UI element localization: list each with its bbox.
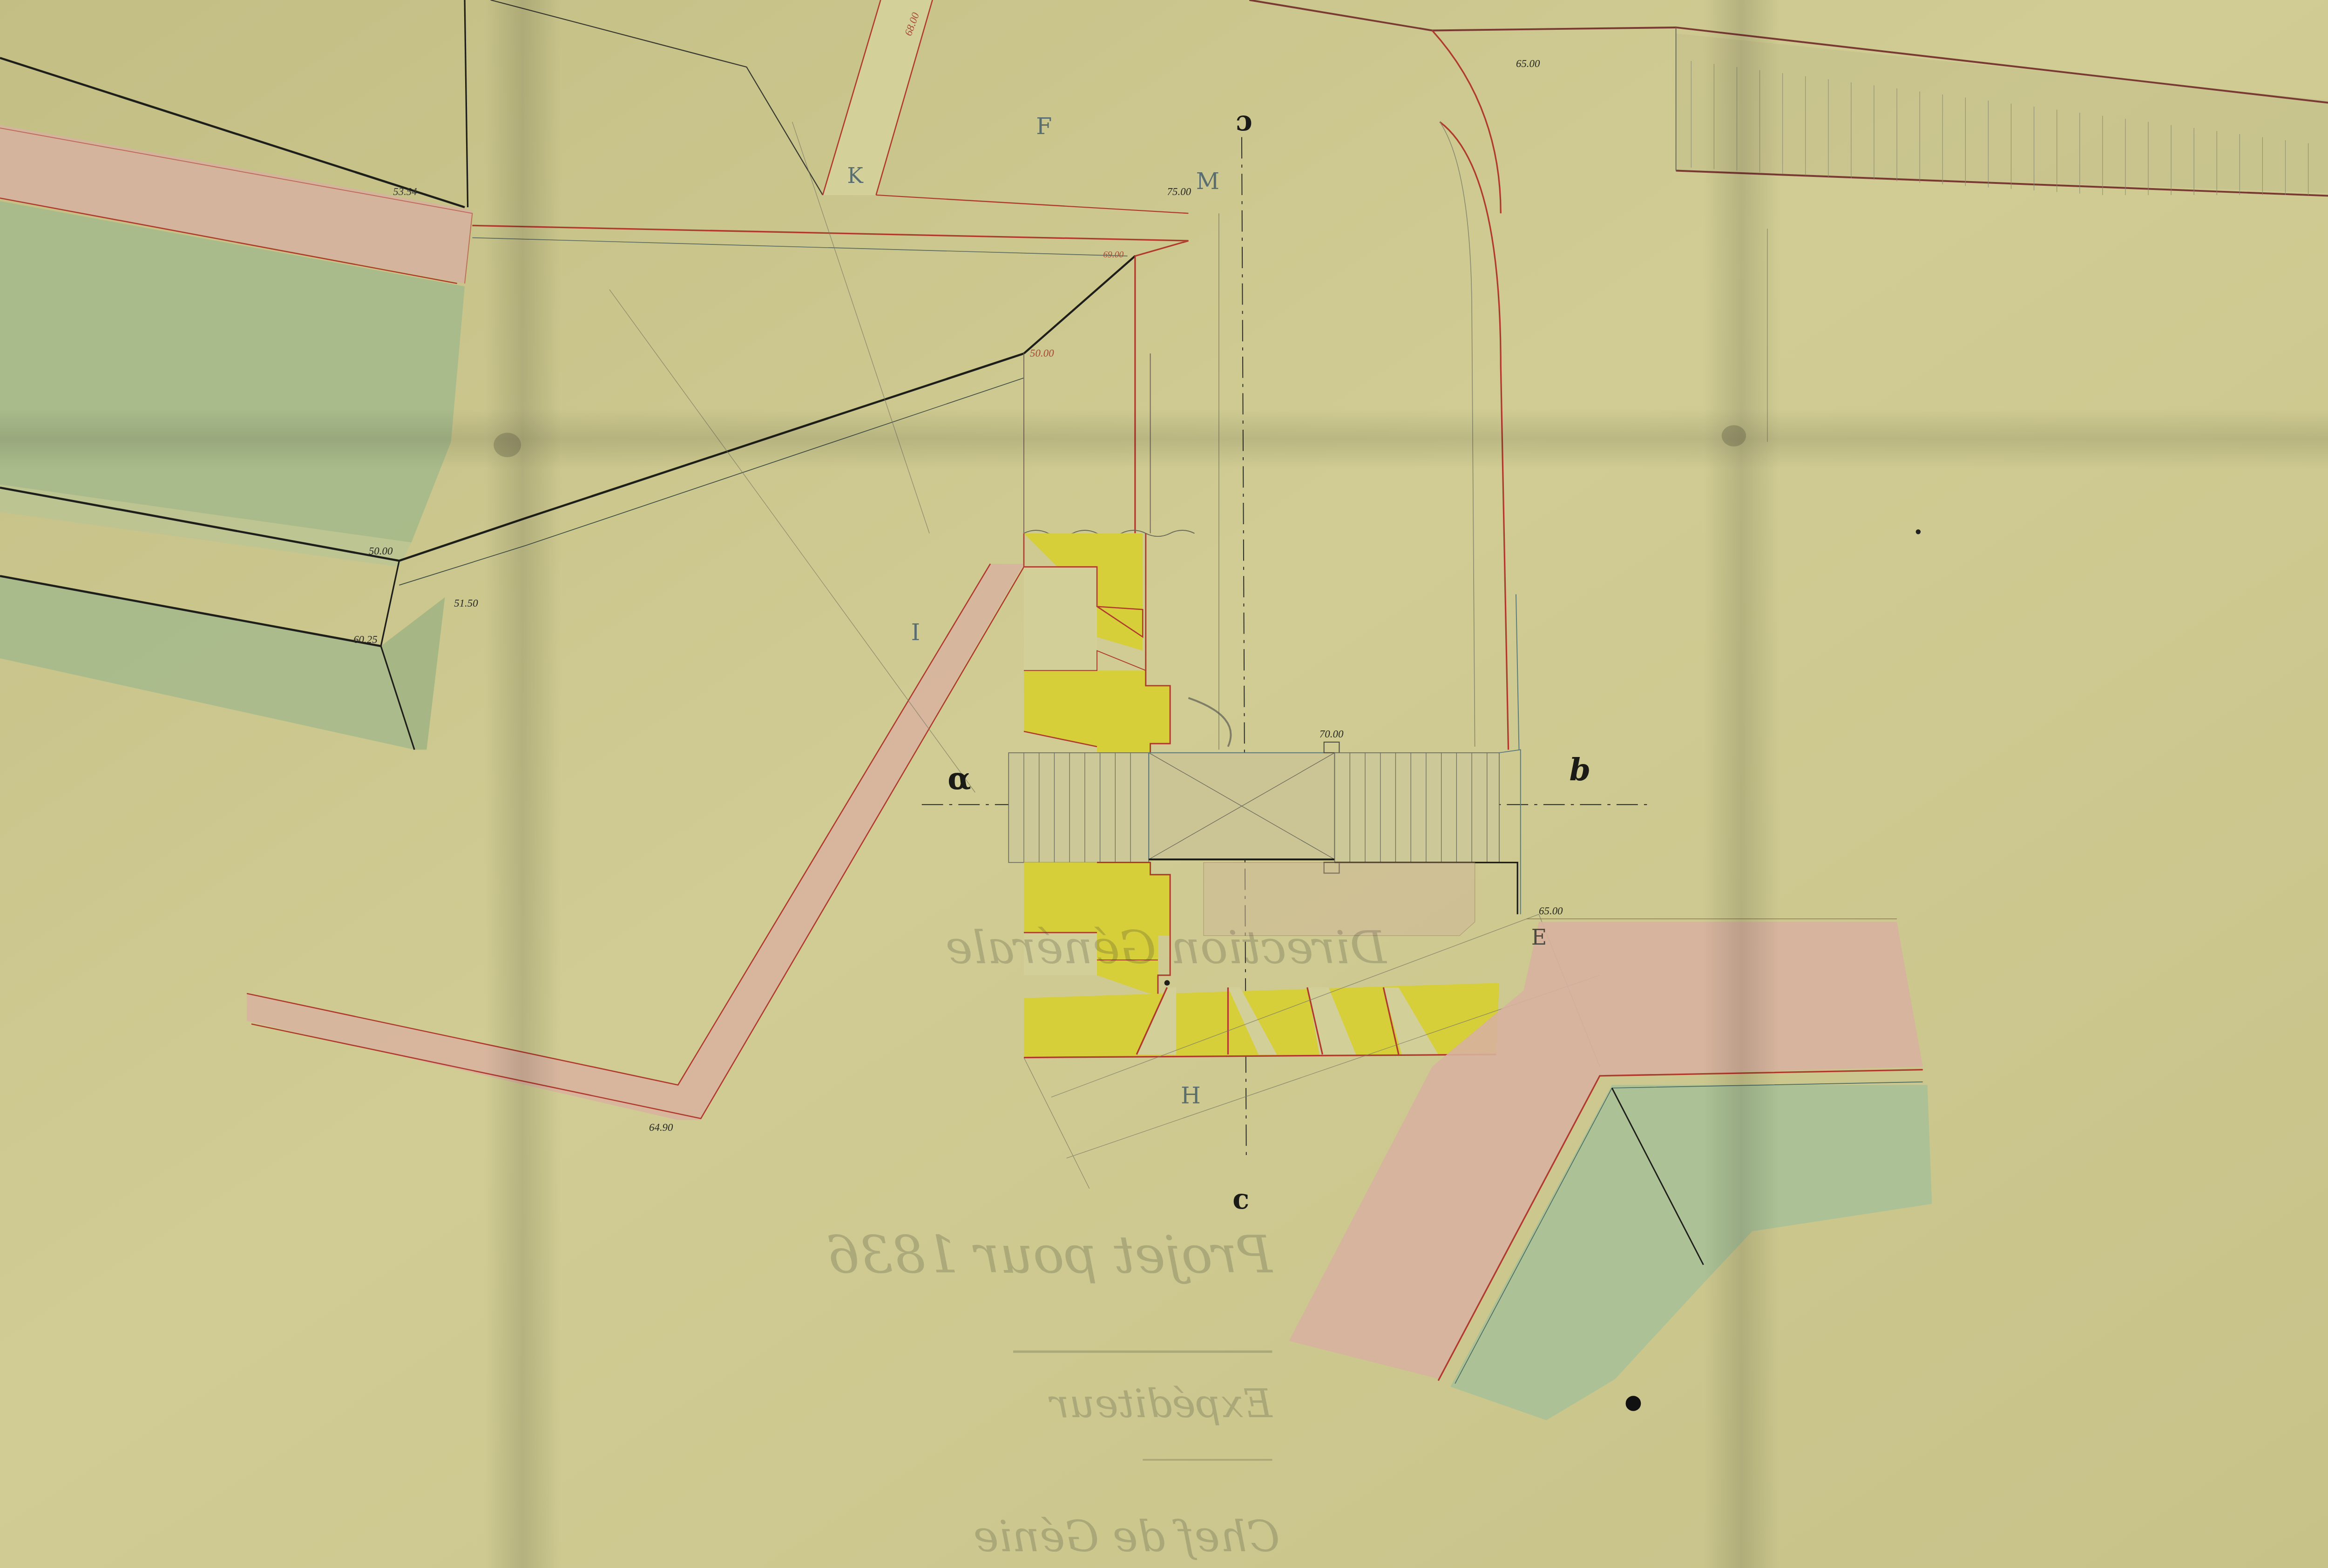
label-e: E	[1531, 925, 1547, 950]
label-h: H	[1181, 1082, 1201, 1109]
elev-red-corner: 69.00	[1103, 250, 1123, 260]
architectural-plan-sheet: Direction Générale Projet pour 1836 Expé…	[0, 0, 2328, 1568]
label-k: K	[847, 163, 863, 188]
ink-spot	[1916, 529, 1921, 534]
elev-bottom-left: 64.90	[649, 1122, 673, 1133]
elev-left-mid: 51.50	[454, 597, 478, 609]
show-through-line1: Direction Générale	[946, 921, 1387, 974]
elev-left-lower: 60.25	[353, 634, 378, 645]
elev-top-right: 65.00	[1516, 58, 1540, 69]
elev-corner-m: 75.00	[1167, 186, 1191, 197]
ink-spot	[1626, 1396, 1641, 1411]
label-m: M	[1196, 168, 1219, 195]
label-c-top: c	[1236, 109, 1252, 142]
elev-triangle-tip: 50.00	[1030, 347, 1054, 359]
show-through-line3: Expéditeur	[1049, 1381, 1273, 1427]
label-c-bottom: c	[1232, 1183, 1249, 1215]
elev-left-upper: 50.00	[369, 545, 393, 557]
label-f: F	[1036, 113, 1052, 140]
elev-top-left-crease: 53.54	[393, 186, 417, 197]
elev-center-top: 70.00	[1320, 728, 1344, 740]
label-b: b	[1569, 752, 1590, 788]
label-i: I	[911, 619, 920, 646]
show-through-line2: Projet pour 1836	[826, 1225, 1273, 1285]
show-through-line4: Chef de Génie	[973, 1512, 1279, 1561]
elev-right-mid: 65.00	[1539, 905, 1563, 917]
label-alpha: α	[947, 761, 971, 797]
